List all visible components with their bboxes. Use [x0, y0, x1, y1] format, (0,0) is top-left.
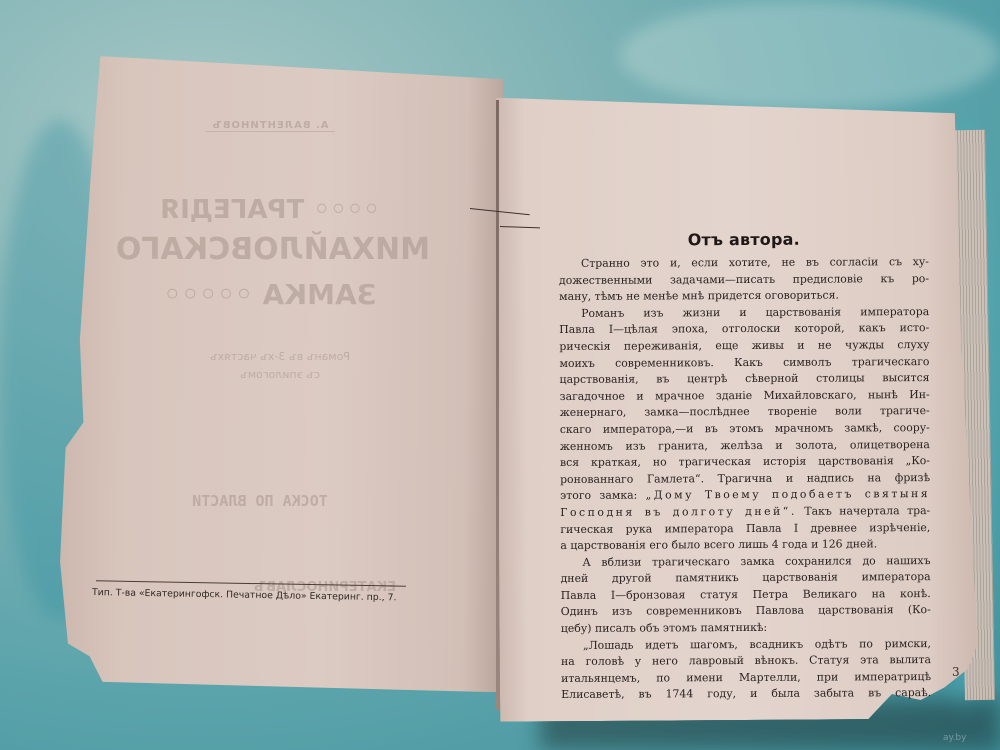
text-line: моихъ современниковъ. Какъ символъ траги…: [559, 354, 929, 373]
text-line: Павла I—цѣлая эпоха, отголоски которой, …: [559, 320, 929, 339]
bleed-through-small1: Романъ въ 3-хъ частяхъ: [180, 350, 380, 363]
bleed-through-title-line1: ◦◦◦◦ ТРАГЕДІЯ: [120, 195, 420, 225]
text-line: Странно это и, если хотите, не въ соглас…: [559, 254, 929, 273]
text-line: ману, тѣмъ не менѣе мнѣ придется оговори…: [559, 287, 929, 306]
text-line: А вблизи трагическаго замка сохранился д…: [560, 553, 930, 572]
text-line: дней другой памятникъ царствованія импер…: [561, 569, 931, 588]
inscription-quote: „Дому Твоему подобаетъ святыня: [646, 487, 931, 501]
text-line: ронованнаго Гамлета“. Трагична и надпись…: [560, 470, 930, 489]
inscription-line-2: Господня въ долготу дней“. Такъ начертал…: [560, 503, 930, 522]
open-book: А. ВАЛЕНТИНОВЪ ◦◦◦◦ ТРАГЕДІЯ МИХАЙЛОВСКА…: [0, 0, 1000, 750]
text-line: скаго императора,—и въ этомъ мрачномъ за…: [560, 420, 930, 439]
page-number: 3: [952, 665, 960, 679]
text-line: Елисаветѣ, въ 1744 году, и была забыта в…: [561, 685, 931, 704]
text-line: гическая рука императора Павла I древнее…: [560, 520, 930, 539]
text-line: а царствованія его было всего лишь 4 год…: [560, 536, 930, 555]
inscription-line: этого замка: „Дому Твоему подобаетъ свят…: [560, 486, 930, 505]
paragraph-2: Романъ изъ жизни и царствованія императо…: [559, 304, 930, 555]
text-line: рическія переживанія, еще живы и не чужд…: [559, 337, 929, 356]
preface-text-block: Отъ автора. Странно это и, если хотите, …: [559, 229, 931, 704]
bleed-through-author: А. ВАЛЕНТИНОВЪ: [205, 120, 335, 132]
inscription-quote-end: Господня въ долготу дней“.: [560, 505, 797, 519]
inscription-suffix: Такъ начертала тра-: [797, 504, 930, 518]
text-line: Романъ изъ жизни и царствованія императо…: [559, 304, 929, 323]
book-spine: [496, 100, 499, 710]
text-line: цебу) писалъ объ этомъ памятникѣ:: [561, 619, 931, 638]
paragraph-4-quote: „Лошадь идетъ шагомъ, всадникъ одѣтъ по …: [561, 636, 931, 704]
text-line: вся краткая, но трагическая исторія царс…: [560, 453, 930, 472]
text-line: женномъ изъ гранита, желѣза и золота, ол…: [560, 437, 930, 456]
watermark: ay.by: [943, 733, 966, 743]
text-line: дожественными задачами—писать предислові…: [559, 271, 929, 290]
bleed-through-small2: съ эпилогомъ: [160, 368, 400, 381]
text-line: „Лошадь идетъ шагомъ, всадникъ одѣтъ по …: [561, 636, 931, 655]
text-line: на головѣ у него лавровый вѣнокъ. Статуя…: [561, 652, 931, 671]
text-line: Павла I—бронзовая статуя Петра Великаго …: [561, 586, 931, 605]
paragraph-3: А вблизи трагическаго замка сохранился д…: [560, 553, 930, 638]
text-line: женернаго, замка—послѣднее твореніе воли…: [560, 403, 930, 422]
text-line: загадочное и мрачное зданіе Михайловскаг…: [560, 387, 930, 406]
bleed-through-subtitle: ТОСКА ПО ВЛАСТИ: [180, 492, 340, 510]
bleed-through-title-line2: МИХАЙЛОВСКАГО: [120, 232, 430, 267]
text-line: царствованія, въ центрѣ сѣверной столицы…: [560, 370, 930, 389]
preface-heading: Отъ автора.: [559, 229, 929, 250]
bleed-through-title-line3: ЗАМКА ◦◦◦◦◦: [120, 278, 420, 311]
inscription-prefix: этого замка:: [560, 489, 645, 502]
text-line: итальянцемъ, по имени Мартелли, при импе…: [561, 669, 931, 688]
text-line: Одинъ изъ современниковъ Павлова царство…: [561, 602, 931, 621]
paragraph-1: Странно это и, если хотите, не въ соглас…: [559, 254, 929, 306]
